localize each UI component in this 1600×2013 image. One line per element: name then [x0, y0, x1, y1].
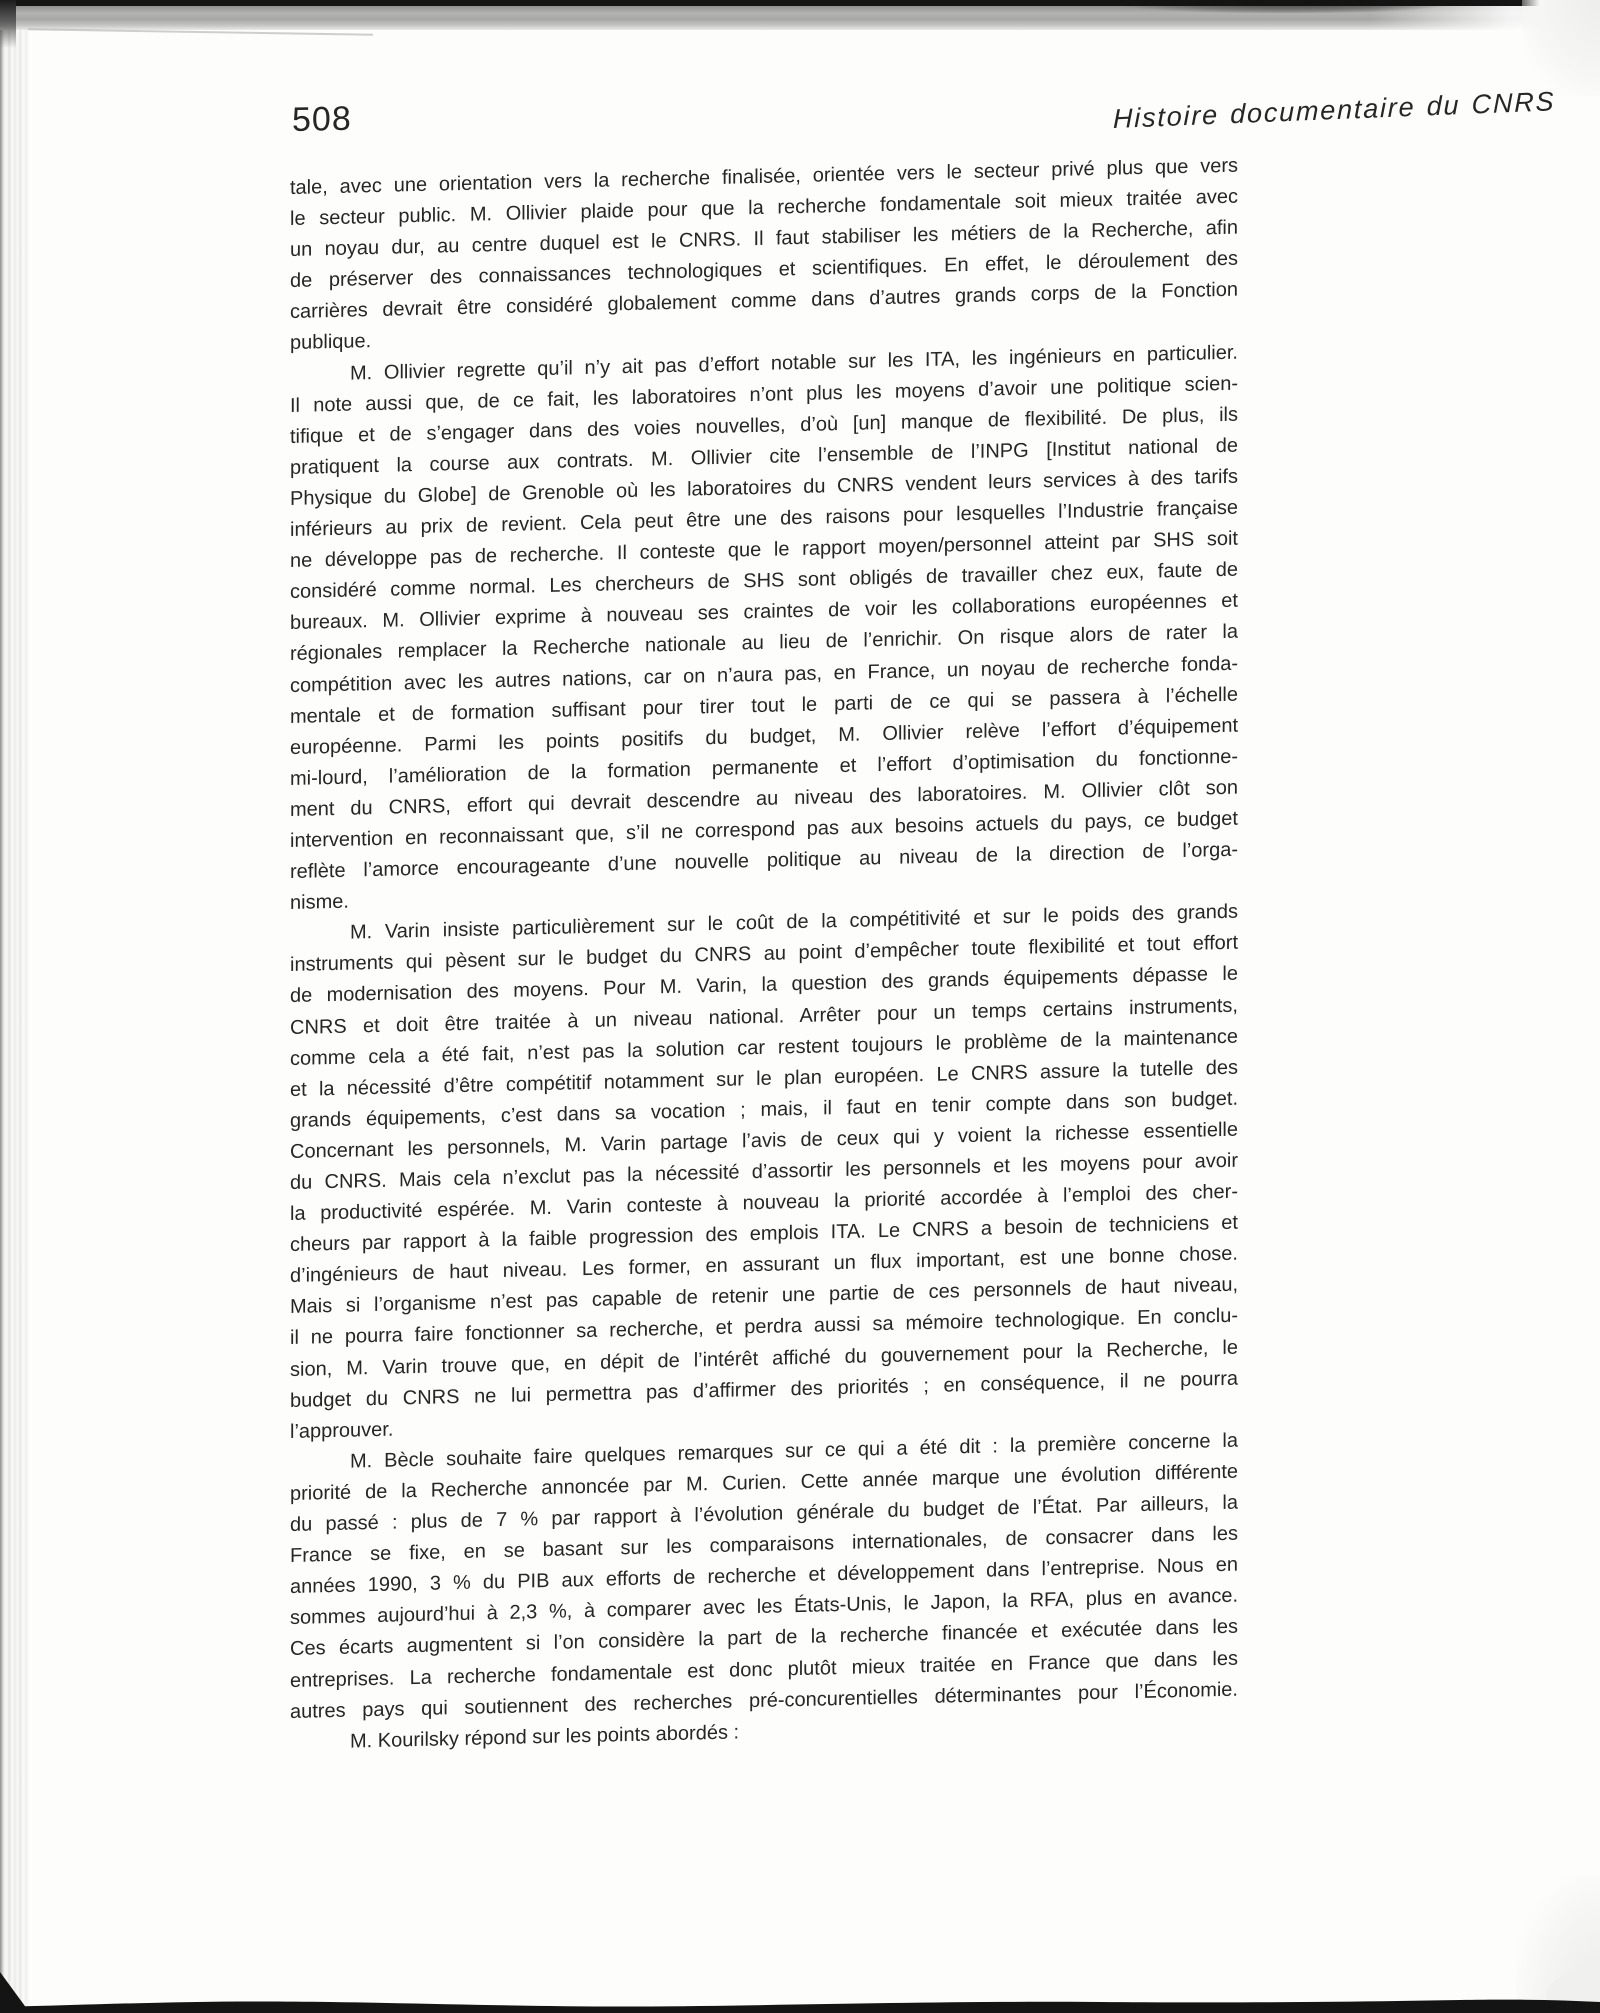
scanned-page: 508 Histoire documentaire du CNRS tale, … — [0, 0, 1600, 2013]
scan-bottom-edge — [0, 1960, 1600, 2013]
scan-corner-top-left — [0, 0, 16, 48]
scan-top-edge — [0, 0, 1600, 6]
body-text: tale, avec une orientation vers la reche… — [290, 151, 1238, 1759]
page-curl-top-right — [1522, 0, 1600, 96]
page-number: 508 — [292, 100, 352, 140]
running-header: Histoire documentaire du CNRS — [1113, 86, 1573, 135]
book-page-edges — [0, 0, 32, 2013]
